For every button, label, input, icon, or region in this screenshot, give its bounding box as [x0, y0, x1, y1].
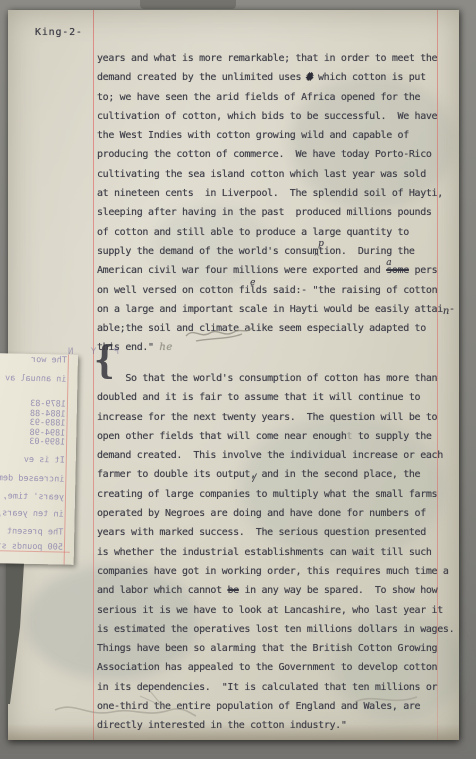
typed-line: in its dependencies. "It is calculated t…: [97, 678, 454, 697]
slip-line: increased dem: [0, 474, 64, 485]
slip-bleedthrough-text: The worin annual av1879-831884-881889-93…: [0, 355, 78, 565]
slip-line: in annual av: [0, 373, 67, 384]
typed-line: the West Indies with cotton growing wild…: [97, 126, 455, 145]
typed-line: So that the world's consumption of cotto…: [97, 369, 454, 388]
typed-line: American civil war four millions were ex…: [97, 261, 455, 280]
typed-line: producing the cotton of commerce. We hav…: [97, 145, 455, 164]
background-shadow: [140, 0, 236, 9]
mark-handlow: n: [443, 306, 449, 317]
typed-line: creating of large companies to multiply …: [97, 485, 454, 504]
typed-line: cultivation of cotton, which bids to be …: [97, 107, 455, 126]
typed-line: Association has appealed to the Governme…: [97, 658, 454, 677]
typed-line: years with marked success. The serious q…: [97, 523, 454, 542]
slip-line: The present: [0, 526, 63, 537]
slip-line: in ten years,: [0, 509, 64, 520]
mark-blot: #: [307, 72, 313, 83]
typed-line: supply the demand of the world's consump…: [97, 242, 455, 261]
typed-line: to; we have seen the arid fields of Afri…: [97, 88, 455, 107]
typed-line: serious it is we have to look at Lancash…: [97, 601, 454, 620]
typed-line: doubled and it is fair to assume that it…: [97, 388, 454, 407]
slip-line: 1899-03: [0, 437, 65, 448]
paragraph-1: years and what is more remarkable; that …: [97, 49, 455, 358]
typed-line: companies have got in working order, thi…: [97, 562, 454, 581]
typed-line: and labor which cannot be in any way be …: [97, 581, 454, 600]
typed-line: years and what is more remarkable; that …: [97, 49, 455, 68]
typed-line: operated by Negroes are doing and have d…: [97, 504, 454, 523]
handwritten-brace: {: [94, 337, 116, 382]
typed-line: on a large and important scale in Hayti …: [97, 300, 455, 319]
mark-strike: be: [227, 585, 238, 596]
typed-line: Things have been so alarming that the Br…: [97, 639, 454, 658]
typed-line: this end." he: [97, 338, 455, 357]
typed-line: demand created. This involve the individ…: [97, 446, 454, 465]
typed-line: farmer to double its output,/ and in the…: [97, 465, 454, 484]
mark-faint: t: [347, 431, 353, 442]
typed-line: on well versed on cotton fields said:- "…: [97, 281, 455, 300]
paper-slip-overlay: The worin annual av1879-831884-881889-93…: [0, 353, 78, 565]
slip-line: years' time,: [0, 491, 64, 502]
typed-line: demand created by the unlimited uses # w…: [97, 68, 455, 87]
typed-line: one-third the entire population of Engla…: [97, 697, 454, 716]
typed-line: sleeping after having in the past produc…: [97, 203, 455, 222]
mark-pencil: he: [159, 342, 172, 353]
scanned-document: King-2- years and what is more remarkabl…: [0, 0, 476, 759]
typed-line: at nineteen cents in Liverpool. The sple…: [97, 184, 455, 203]
typed-line: directly interested in the cotton indust…: [97, 716, 454, 735]
typed-line: able;the soil and climate alike seem esp…: [97, 319, 455, 338]
slip-line: The wor: [0, 355, 67, 366]
typed-line: of cotton and still able to produce a la…: [97, 223, 455, 242]
slip-line: 500 pounds st: [0, 542, 63, 553]
typed-line: is estimated the operatives lost ten mil…: [97, 620, 454, 639]
paragraph-2: So that the world's consumption of cotto…: [97, 369, 454, 736]
typed-line: is whether the industrial establishments…: [97, 543, 454, 562]
slip-line: It is ev: [0, 454, 65, 465]
typed-line: cultivating the sea island cotton which …: [97, 165, 455, 184]
typed-line: increase for the next twenty years. The …: [97, 408, 454, 427]
page-number-label: King-2-: [35, 27, 83, 38]
typed-line: open other fields that will come near en…: [97, 427, 454, 446]
